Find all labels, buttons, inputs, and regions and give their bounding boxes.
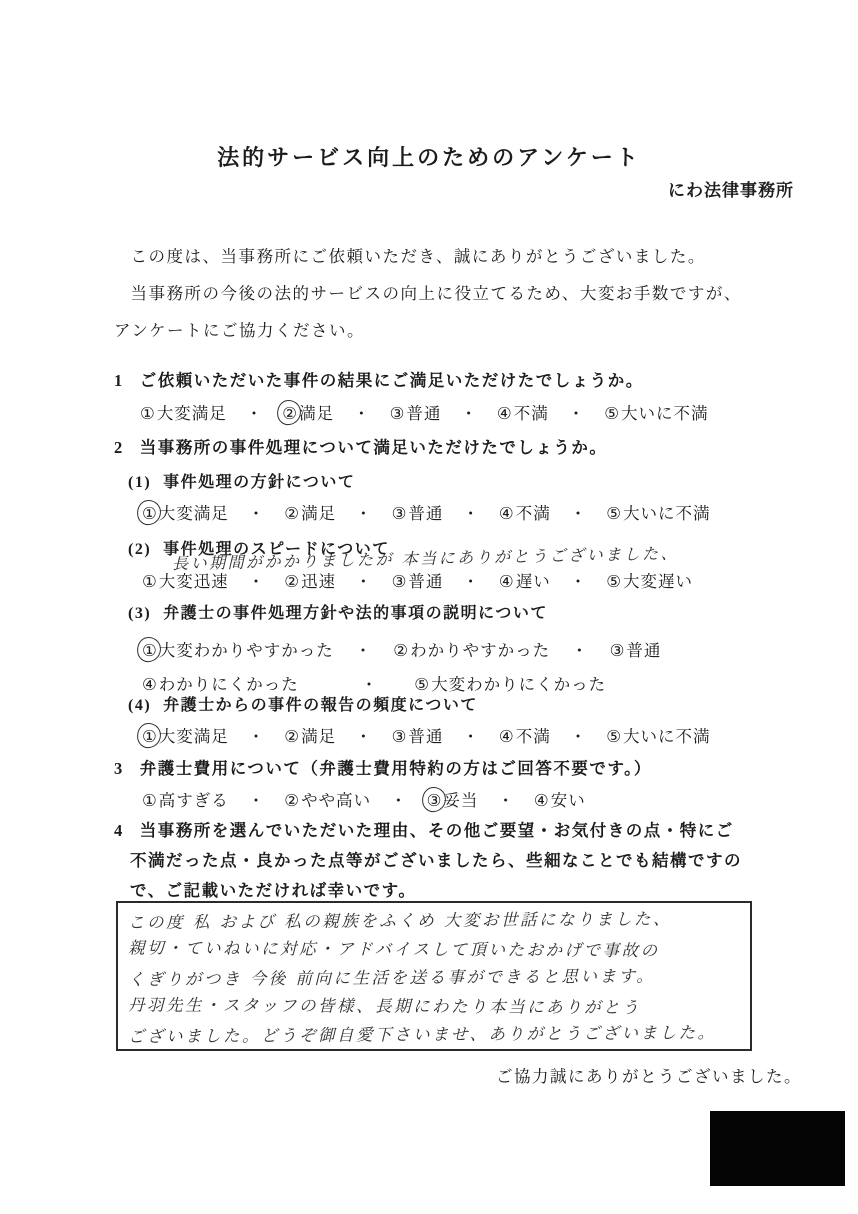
handwritten-comment-line: 丹羽先生・スタッフの皆様、長期にわたり本当にありがとう	[128, 991, 740, 1023]
option-label: 満足	[301, 504, 336, 523]
question-number: 4	[114, 816, 124, 846]
option-number: ④	[534, 791, 550, 811]
question-1-options: ①大変満足・②満足・③普通・④不満・⑤大いに不満	[140, 400, 708, 424]
option-separator-dot: ・	[390, 791, 408, 810]
question-2-3-options-row1: ①大変わかりやすかった・②わかりやすかった・③普通	[142, 637, 661, 661]
option-label: 普通	[408, 572, 443, 591]
question-2-4-options: ①大変満足・②満足・③普通・④不満・⑤大いに不満	[142, 723, 710, 747]
option-separator-dot: ・	[355, 641, 373, 660]
question-2-4-heading: (4)弁護士からの事件の報告の頻度について	[128, 692, 478, 715]
handwritten-comment-line: ございました。どうぞ御自愛下さいませ、ありがとうございました。	[128, 1019, 740, 1052]
option-separator-dot: ・	[248, 727, 266, 746]
option-separator-dot: ・	[353, 404, 371, 423]
option-①: ①大変満足	[142, 504, 229, 523]
option-label: 満足	[301, 727, 336, 746]
option-①: ①大変満足	[142, 727, 229, 746]
option-label: 大いに不満	[623, 504, 711, 523]
option-number: ②	[284, 504, 300, 524]
option-label: 不満	[514, 404, 549, 423]
option-⑤: ⑤大いに不満	[606, 727, 710, 746]
option-separator-dot: ・	[355, 504, 373, 523]
circled-answer-mark: ③	[427, 791, 443, 811]
option-separator-dot: ・	[246, 404, 264, 423]
option-label: 遅い	[516, 572, 551, 591]
option-⑤: ⑤大変遅い	[606, 572, 693, 591]
option-②: ②満足	[284, 504, 336, 523]
option-②: ②満足	[282, 404, 334, 423]
handwritten-comment-line: 親切・ていねいに対応・アドバイスして頂いたおかげで事故の	[128, 934, 740, 966]
question-text: 当事務所の事件処理について満足いただけたでしょうか。	[140, 438, 608, 457]
handwritten-comment-line: この度 私 および 私の親族をふくめ 大変お世話になりました、	[128, 905, 740, 938]
question-2-3-heading: (3)弁護士の事件処理方針や法的事項の説明について	[128, 600, 548, 623]
option-label: 普通	[408, 727, 443, 746]
option-separator-dot: ・	[355, 727, 373, 746]
option-④: ④不満	[499, 727, 551, 746]
question-4-line1: 4当事務所を選んでいただいた理由、その他ご要望・お気付きの点・特にご	[114, 816, 804, 846]
question-number: 2	[114, 438, 124, 458]
option-①: ①大変満足	[140, 404, 227, 423]
option-separator-dot: ・	[248, 504, 266, 523]
option-①: ①大変わかりやすかった	[142, 641, 334, 660]
option-number: ④	[497, 404, 513, 424]
option-label: 迅速	[301, 572, 336, 591]
question-4-line2: 不満だった点・良かった点等がございましたら、些細なことでも結構ですの	[114, 846, 804, 876]
option-③: ③普通	[392, 727, 444, 746]
option-label: 大変遅い	[623, 572, 693, 591]
question-text: 弁護士からの事件の報告の頻度について	[163, 697, 478, 714]
option-②: ②わかりやすかった	[393, 641, 550, 660]
option-④: ④不満	[499, 504, 551, 523]
option-separator-dot: ・	[355, 572, 373, 591]
question-text: ご依頼いただいた事件の結果にご満足いただけたでしょうか。	[140, 371, 644, 390]
question-number: 1	[114, 371, 124, 391]
question-3-options: ①高すぎる・②やや高い・③妥当・④安い	[142, 787, 586, 811]
circled-answer-mark: ②	[282, 404, 298, 424]
question-text: 当事務所を選んでいただいた理由、その他ご要望・お気付きの点・特にご	[140, 821, 734, 840]
option-separator-dot: ・	[570, 504, 588, 523]
option-③: ③普通	[392, 572, 444, 591]
option-label: 安い	[551, 791, 586, 810]
option-③: ③妥当	[427, 791, 479, 810]
option-number: ②	[284, 791, 300, 811]
option-number: ②	[284, 572, 300, 592]
option-label: やや高い	[301, 791, 371, 810]
question-2-heading: 2当事務所の事件処理について満足いただけたでしょうか。	[114, 434, 607, 458]
option-label: 高すぎる	[159, 791, 229, 810]
comment-box: この度 私 および 私の親族をふくめ 大変お世話になりました、 親切・ていねいに…	[116, 901, 752, 1051]
option-separator-dot: ・	[497, 791, 515, 810]
question-text: 弁護士費用について（弁護士費用特約の方はご回答不要です。）	[140, 759, 652, 778]
intro-line: この度は、当事務所にご依頼いただき、誠にありがとうございました。	[114, 238, 774, 275]
option-separator-dot: ・	[460, 404, 478, 423]
option-label: 普通	[408, 504, 443, 523]
option-②: ②迅速	[284, 572, 336, 591]
redaction-box	[710, 1111, 845, 1186]
option-⑤: ⑤大いに不満	[606, 504, 710, 523]
option-label: 大変満足	[159, 727, 229, 746]
office-name: にわ法律事務所	[668, 176, 794, 201]
option-separator-dot: ・	[462, 504, 480, 523]
option-label: 大変満足	[159, 504, 229, 523]
option-separator-dot: ・	[568, 404, 586, 423]
option-②: ②やや高い	[284, 791, 371, 810]
circled-answer-mark: ①	[142, 504, 158, 524]
option-label: 普通	[626, 641, 661, 660]
option-separator-dot: ・	[462, 727, 480, 746]
footer-thanks: ご協力誠にありがとうございました。	[496, 1063, 802, 1087]
handwritten-comment-line: くぎりがつき 今後 前向に生活を送る事ができると思います。	[128, 962, 740, 995]
option-label: 妥当	[443, 791, 478, 810]
intro-paragraph: この度は、当事務所にご依頼いただき、誠にありがとうございました。 当事務所の今後…	[114, 238, 774, 349]
option-separator-dot: ・	[571, 641, 589, 660]
scanned-survey-page: 法的サービス向上のためのアンケート にわ法律事務所 この度は、当事務所にご依頼い…	[0, 0, 858, 1214]
option-②: ②満足	[284, 727, 336, 746]
option-③: ③普通	[390, 404, 442, 423]
page-title: 法的サービス向上のためのアンケート	[0, 141, 858, 172]
option-number: ③	[392, 572, 408, 592]
option-④: ④不満	[497, 404, 549, 423]
option-③: ③普通	[610, 641, 662, 660]
circled-answer-mark: ①	[142, 727, 158, 747]
option-①: ①高すぎる	[142, 791, 229, 810]
option-number: ③	[392, 727, 408, 747]
option-④: ④安い	[534, 791, 586, 810]
option-③: ③普通	[392, 504, 444, 523]
option-number: ③	[392, 504, 408, 524]
option-label: 普通	[406, 404, 441, 423]
option-label: わかりやすかった	[410, 641, 550, 660]
option-label: 不満	[516, 727, 551, 746]
option-④: ④遅い	[499, 572, 551, 591]
option-label: 大変満足	[157, 404, 227, 423]
option-number: ④	[499, 572, 515, 592]
question-text: 弁護士の事件処理方針や法的事項の説明について	[163, 605, 548, 622]
question-number: 3	[114, 759, 124, 779]
option-number: ③	[610, 641, 626, 661]
option-number: ①	[140, 404, 156, 424]
option-number: ⑤	[606, 504, 622, 524]
option-separator-dot: ・	[248, 572, 266, 591]
question-number: (1)	[128, 474, 151, 492]
option-label: 大いに不満	[621, 404, 709, 423]
option-number: ⑤	[606, 572, 622, 592]
option-⑤: ⑤大いに不満	[604, 404, 708, 423]
option-separator-dot: ・	[462, 572, 480, 591]
question-4-heading: 4当事務所を選んでいただいた理由、その他ご要望・お気付きの点・特にご 不満だった…	[114, 816, 804, 906]
option-number: ②	[284, 727, 300, 747]
option-number: ①	[142, 572, 158, 592]
option-number: ④	[499, 727, 515, 747]
option-separator-dot: ・	[570, 727, 588, 746]
question-3-heading: 3弁護士費用について（弁護士費用特約の方はご回答不要です。）	[114, 755, 652, 779]
option-①: ①大変迅速	[142, 572, 229, 591]
option-label: 大変わかりやすかった	[159, 641, 334, 660]
option-label: 不満	[516, 504, 551, 523]
intro-line: 当事務所の今後の法的サービスの向上に役立てるため、大変お手数ですが、	[114, 275, 774, 312]
question-text: 事件処理の方針について	[163, 474, 355, 491]
option-number: ④	[499, 504, 515, 524]
question-number: (4)	[128, 697, 151, 715]
option-separator-dot: ・	[570, 572, 588, 591]
intro-line: アンケートにご協力ください。	[114, 312, 774, 349]
question-1-heading: 1ご依頼いただいた事件の結果にご満足いただけたでしょうか。	[114, 367, 644, 391]
option-label: 大いに不満	[623, 727, 711, 746]
option-separator-dot: ・	[248, 791, 266, 810]
option-label: 大変迅速	[159, 572, 229, 591]
option-number: ⑤	[606, 727, 622, 747]
option-number: ①	[142, 791, 158, 811]
option-number: ⑤	[604, 404, 620, 424]
option-number: ②	[393, 641, 409, 661]
question-number: (3)	[128, 605, 151, 623]
question-2-1-heading: (1)事件処理の方針について	[128, 469, 355, 492]
question-number: (2)	[128, 541, 151, 559]
question-2-1-options: ①大変満足・②満足・③普通・④不満・⑤大いに不満	[142, 500, 710, 524]
circled-answer-mark: ①	[142, 641, 158, 661]
option-number: ③	[390, 404, 406, 424]
option-label: 満足	[299, 404, 334, 423]
